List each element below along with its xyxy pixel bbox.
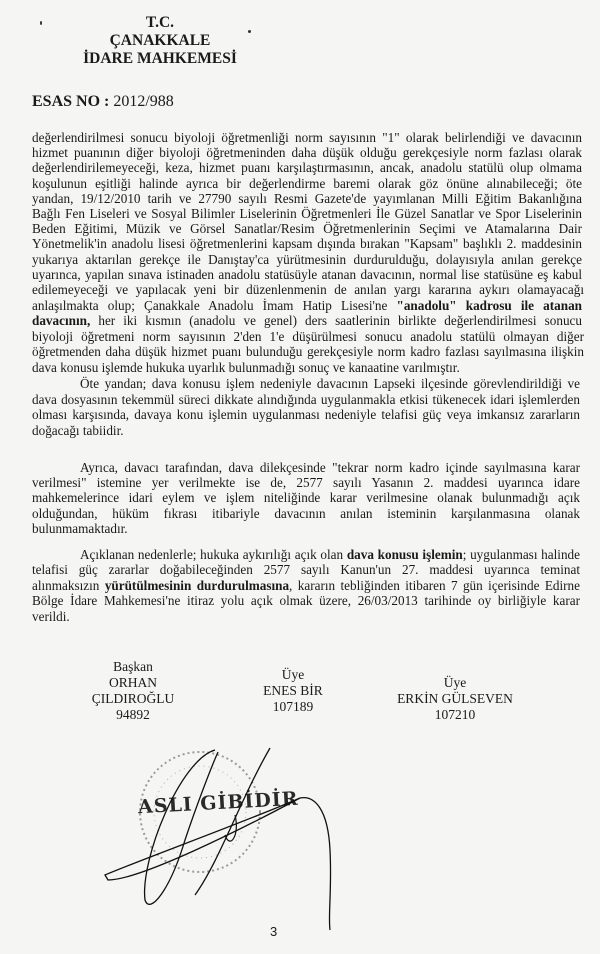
body-line: mahkemelerince idari eylem ve işlem nite… [32, 490, 580, 505]
page-number: 3 [270, 924, 277, 939]
header-tc: T.C. [80, 14, 240, 32]
signature-name: ENES BİR [238, 683, 348, 699]
body-line: edilemeyeceği ve yapılacak yeni bir düze… [32, 282, 584, 297]
signature-number: 107210 [380, 707, 530, 723]
body-line: koşulunun eşitliği halinde ayrıca bir de… [32, 176, 582, 191]
case-number-label: ESAS NO : [32, 93, 109, 110]
body-line: değerlendirilmesi sonucu biyoloji öğretm… [32, 130, 582, 145]
body-line: Açıklanan nedenlerle; hukuka aykırılığı … [80, 547, 580, 562]
body-line: değerlendirilemeyeceği, keza, hizmet pua… [32, 160, 582, 175]
court-header: T.C. ÇANAKKALE İDARE MAHKEMESİ [80, 14, 240, 68]
handwritten-signature-icon [100, 740, 360, 940]
signature-role: Başkan [68, 659, 198, 675]
body-line: Ayrıca, davacı tarafından, dava dilekçes… [80, 460, 580, 475]
bold-phrase: "anadolu" kadrosu ile atanan [397, 298, 582, 313]
body-line: telafisi güç zararlar doğabileceğinden 2… [32, 562, 580, 577]
signature-block-member-2: Üye ERKİN GÜLSEVEN 107210 [380, 675, 530, 723]
signature-block-president: Başkan ORHAN ÇILDIROĞLU 94892 [68, 659, 198, 723]
body-line: uyarınca, yapılan sınava istinaden anado… [32, 267, 582, 282]
bold-phrase: davacının, [32, 313, 90, 328]
body-line: olduğundan, hüküm fıkrası itibariyle dav… [32, 506, 580, 521]
body-line: öğretmenden daha düşük hizmet puanı bulu… [32, 344, 584, 359]
body-line: olması karşısında, davaya konu işlemin u… [32, 407, 580, 422]
signature-role: Üye [238, 667, 348, 683]
body-line: verilmesi" istemine yer verilmekte ise d… [32, 475, 580, 490]
signature-name: ORHAN ÇILDIROĞLU [68, 675, 198, 707]
case-number-value: 2012/988 [113, 93, 173, 110]
body-line: Bağlı Fen Liseleri ve Sosyal Bilimler Li… [32, 206, 582, 221]
case-number: ESAS NO : 2012/988 [32, 93, 174, 111]
body-line: doğacağı tabiidir. [32, 423, 124, 438]
body-line: Yönetmelik'in anadolu lisesi öğretmenler… [32, 236, 582, 251]
scan-mark [40, 21, 42, 25]
signature-name: ERKİN GÜLSEVEN [380, 691, 530, 707]
certified-copy-stamp: ASLI GİBİDİR [100, 740, 360, 940]
body-line: biyoloji öğretmeni norm sayısının 2'den … [32, 329, 584, 344]
bold-phrase: yürütülmesinin durdurulmasına [105, 578, 289, 593]
body-line: alınmaksızın yürütülmesinin durdurulması… [32, 578, 580, 593]
body-line: verildi. [32, 609, 70, 624]
signature-number: 107189 [238, 699, 348, 715]
body-line: yukarıya aktarılan gerekçe ile Danıştay'… [32, 252, 582, 267]
header-court: İDARE MAHKEMESİ [80, 50, 240, 68]
body-line: Beden Eğitimi, Müzik ve Görsel Sanatlar/… [32, 221, 582, 236]
scan-mark [248, 30, 251, 33]
document-page: T.C. ÇANAKKALE İDARE MAHKEMESİ ESAS NO :… [0, 0, 600, 954]
signature-block-member-1: Üye ENES BİR 107189 [238, 667, 348, 715]
body-line: dava dosyasının tekemmül süreci dikkate … [32, 392, 580, 407]
body-line: yandan, 19/12/2010 tarih ve 27790 sayılı… [32, 191, 582, 206]
body-line: Öte yandan; dava konusu işlem nedeniyle … [80, 376, 580, 391]
bold-phrase: dava konusu işlemin [347, 547, 463, 562]
body-line: Bölge İdare Mahkemesi'ne itiraz yolu açı… [32, 593, 580, 608]
body-line: anlaşılmakta olup; Çanakkale Anadolu İma… [32, 298, 582, 313]
body-line: bulunmamaktadır. [32, 521, 128, 536]
signature-role: Üye [380, 675, 530, 691]
signature-number: 94892 [68, 707, 198, 723]
body-line: davacının, her iki kısmın (anadolu ve ge… [32, 313, 582, 328]
body-line: hizmet puanının diğer biyoloji öğretmeni… [32, 145, 582, 160]
body-line: dava konusu işlemde hukuka uyarlık bulun… [32, 360, 460, 375]
header-city: ÇANAKKALE [80, 32, 240, 50]
